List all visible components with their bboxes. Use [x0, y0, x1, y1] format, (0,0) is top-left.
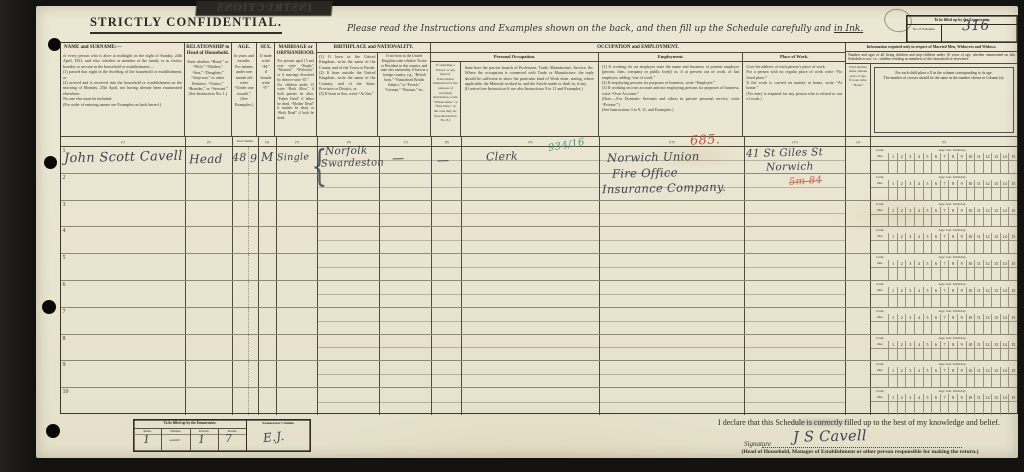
age-mark-cell [940, 267, 949, 280]
age-column-label: 6 [931, 180, 940, 187]
age-mark-cell [888, 321, 897, 334]
age-mark-cell [888, 240, 897, 253]
age-grid-mark-row [871, 321, 1017, 334]
cell-relationship [186, 254, 233, 280]
age-mark-cell [966, 187, 975, 200]
age-grid-number-row: One123456789101112131415 [871, 367, 1017, 374]
cell-marriage [277, 335, 319, 361]
cell-age-grid: CodeAge last birthday.One123456789101112… [871, 227, 1017, 253]
cell-occupation [462, 254, 600, 280]
column-body-sex: If male write “M.” if female write “F.” [257, 52, 274, 92]
age-column-label: 12 [983, 233, 992, 240]
age-column-label: 5 [923, 233, 932, 240]
age-mark-cell [905, 374, 914, 387]
age-column-label: 6 [931, 367, 940, 374]
column-body-name: of every person who is alive at midnight… [61, 52, 184, 108]
column-body-birthplace: (1) If born in the United Kingdom, write… [317, 53, 377, 98]
age-mark-cell [905, 240, 914, 253]
age-column-label: 12 [983, 367, 992, 374]
age-mark-cell [966, 401, 975, 415]
age-mark-cell [897, 321, 906, 334]
age-column-label: 4 [914, 341, 923, 348]
age-mark-cell [948, 214, 957, 227]
cell-occupation [462, 335, 600, 361]
age-column-label: 13 [991, 341, 1000, 348]
age-column-label: 3 [905, 233, 914, 240]
cell-total-children [846, 388, 871, 415]
age-column-label: 13 [991, 207, 1000, 214]
entry-employer-code: 685. [690, 132, 721, 149]
cell-occupation [462, 361, 600, 387]
entry-occupation: Clerk [486, 150, 518, 164]
cell-occupation [462, 201, 600, 227]
age-column-label: 7 [940, 260, 949, 267]
age-column-label: 10 [966, 233, 975, 240]
age-column-label: 15 [1008, 367, 1017, 374]
age-column-label: 15 [1008, 394, 1017, 401]
age-column-label: 5 [923, 367, 932, 374]
column-body-place-of-work: Give the address of each person’s place … [743, 62, 845, 104]
cell-nationality [380, 201, 432, 227]
cell-birthplace [318, 308, 380, 334]
age-mark-cell [940, 240, 949, 253]
cell-age-grid: CodeAge last birthday.One123456789101112… [871, 254, 1017, 280]
table-row: 9CodeAge last birthday.One12345678910111… [61, 361, 1017, 388]
group-title-occupation: OCCUPATION and EMPLOYMENT. [431, 43, 845, 53]
age-column-label: 2 [897, 341, 906, 348]
age-column-label: 10 [966, 180, 975, 187]
column-number-row: (1) (2) Years. Months. (4) (5) (6) (7) (… [61, 137, 1017, 147]
age-column-label: 9 [957, 394, 966, 401]
age-grid-number-row: One123456789101112131415 [871, 233, 1017, 240]
cell-school [432, 174, 462, 200]
column-title-age: AGE. [232, 43, 257, 52]
age-mark-cell [957, 267, 966, 280]
age-column-label: 12 [983, 287, 992, 294]
cell-name: 7 [61, 308, 186, 334]
age-grid-mark-row [871, 214, 1017, 227]
cell-employment [600, 361, 745, 387]
age-column-label: 7 [940, 287, 949, 294]
cell-nationality [380, 227, 432, 253]
cell-nationality [380, 174, 432, 200]
cell-marriage [277, 361, 319, 387]
age-column-label: 4 [914, 260, 923, 267]
age-mark-cell [897, 348, 906, 361]
age-mark-cell [966, 321, 975, 334]
schedule-number-handwritten: 316 [962, 18, 990, 35]
age-column-label: One [871, 233, 888, 240]
ink-showthrough-mark: INSTRUCTIONS [195, 1, 332, 16]
age-mark-cell [983, 214, 992, 227]
age-mark-cell [888, 214, 897, 227]
cell-total-children [846, 281, 871, 307]
cell-nationality [380, 335, 432, 361]
age-mark-cell [983, 160, 992, 173]
entry-workplace-line1: 41 St Giles St [746, 146, 823, 160]
column-header-birthplace: (1) If born in the United Kingdom, write… [317, 53, 378, 136]
age-column-label: One [871, 394, 888, 401]
cell-sex [259, 227, 277, 253]
cell-relationship [186, 388, 233, 415]
age-grid-mark-row [871, 160, 1017, 173]
age-mark-cell [940, 348, 949, 361]
age-mark-cell [914, 321, 923, 334]
age-column-label: 14 [1000, 287, 1009, 294]
cell-place-of-work [745, 335, 847, 361]
age-column-label: 3 [905, 341, 914, 348]
age-mark-cell [957, 214, 966, 227]
age-column-label: 15 [1008, 153, 1017, 160]
cell-age-grid: CodeAge last birthday.One123456789101112… [871, 201, 1017, 227]
age-column-label: 7 [940, 314, 949, 321]
column-group-children: Information required only in respect of … [846, 43, 1017, 136]
cell-relationship [186, 335, 233, 361]
age-mark-cell [940, 214, 949, 227]
age-column-label: 11 [974, 260, 983, 267]
cell-place-of-work [745, 361, 847, 387]
age-mark-cell [914, 294, 923, 307]
age-column-label: 1 [888, 233, 897, 240]
age-mark-cell [923, 187, 932, 200]
age-mark-cell [974, 321, 983, 334]
age-column-label: 15 [1008, 180, 1017, 187]
entry-age-years: 48 [232, 151, 247, 164]
age-grid-number-row: One123456789101112131415 [871, 180, 1017, 187]
column-header-sex: SEX. If male write “M.” if female write … [257, 43, 275, 136]
cell-name: 2 [61, 174, 186, 200]
age-column-label: 13 [991, 260, 1000, 267]
column-number: (4) [259, 137, 277, 146]
age-mark-cell [905, 294, 914, 307]
age-mark-cell [1008, 401, 1017, 415]
age-column-label: 9 [957, 153, 966, 160]
age-mark-cell [948, 348, 957, 361]
age-mark-cell [957, 187, 966, 200]
age-grid: CodeAge last birthday.One123456789101112… [871, 361, 1017, 387]
age-mark-cell [1008, 240, 1017, 253]
column-header-place-of-work: Place of Work. Give the address of each … [743, 53, 845, 136]
age-column-label: 4 [914, 314, 923, 321]
age-grid-number-row: One123456789101112131415 [871, 394, 1017, 401]
age-mark-cell [914, 214, 923, 227]
age-column-label: 1 [888, 260, 897, 267]
cell-school [432, 388, 462, 415]
age-mark-cell [914, 160, 923, 173]
entry-workplace-line2: Norwich [766, 161, 814, 174]
age-mark-cell [871, 160, 888, 173]
age-mark-cell [905, 267, 914, 280]
age-mark-cell [948, 321, 957, 334]
cell-name: 9 [61, 361, 186, 387]
age-mark-cell [931, 401, 940, 415]
age-mark-cell [871, 214, 888, 227]
age-mark-cell [966, 374, 975, 387]
cell-age [233, 335, 259, 361]
age-column-label: 10 [966, 287, 975, 294]
age-grid: CodeAge last birthday.One123456789101112… [871, 254, 1017, 280]
cell-place-of-work [745, 227, 847, 253]
entry-employer-line2: Fire Office [612, 165, 678, 180]
age-mark-cell [905, 187, 914, 200]
age-column-label: 1 [888, 153, 897, 160]
age-mark-cell [923, 160, 932, 173]
age-mark-cell [923, 240, 932, 253]
age-column-label: 6 [931, 233, 940, 240]
age-column-label: 13 [991, 153, 1000, 160]
age-column-label: 6 [931, 260, 940, 267]
age-column-label: 5 [923, 260, 932, 267]
age-column-label: 3 [905, 180, 914, 187]
entry-workplace-code: 5m 84 [789, 175, 823, 188]
age-mark-cell [991, 160, 1000, 173]
instruction-note-text: Please read the Instructions and Example… [347, 24, 834, 34]
age-mark-cell [991, 321, 1000, 334]
age-column-label: 9 [957, 207, 966, 214]
age-column-label: 5 [923, 180, 932, 187]
age-mark-cell [1000, 240, 1009, 253]
cell-sex [259, 335, 277, 361]
age-mark-cell [948, 160, 957, 173]
age-column-label: 15 [1008, 314, 1017, 321]
age-mark-cell [931, 294, 940, 307]
age-mark-cell [940, 294, 949, 307]
age-grid: CodeAge last birthday.One123456789101112… [871, 227, 1017, 253]
age-column-label: 8 [948, 341, 957, 348]
age-mark-cell [905, 401, 914, 415]
age-mark-cell [966, 348, 975, 361]
age-grid-mark-row [871, 374, 1017, 387]
age-column-label: One [871, 180, 888, 187]
age-mark-cell [1000, 294, 1009, 307]
cell-relationship [186, 361, 233, 387]
cell-occupation [462, 308, 600, 334]
age-column-label: 2 [897, 153, 906, 160]
age-column-label: 1 [888, 341, 897, 348]
age-grid-number-row: One123456789101112131415 [871, 207, 1017, 214]
age-column-label: 6 [931, 287, 940, 294]
age-mark-cell [905, 348, 914, 361]
age-column-label: 8 [948, 367, 957, 374]
age-mark-cell [931, 240, 940, 253]
age-mark-cell [957, 374, 966, 387]
age-column-label: 8 [948, 233, 957, 240]
personal-occupation-subcolumns: If attending a School or any kind of Edu… [431, 62, 598, 136]
age-column-label: 10 [966, 153, 975, 160]
age-mark-cell [914, 187, 923, 200]
cell-age [233, 281, 259, 307]
entry-signature: J S Cavell [793, 428, 867, 446]
age-mark-cell [948, 187, 957, 200]
age-grid-number-row: One123456789101112131415 [871, 287, 1017, 294]
age-column-label: 11 [974, 314, 983, 321]
entry-name: John Scott Cavell [64, 149, 183, 166]
age-column-label: 6 [931, 153, 940, 160]
age-column-label: 11 [974, 367, 983, 374]
confidential-heading: STRICTLY CONFIDENTIAL. [90, 15, 282, 34]
age-mark-cell [931, 348, 940, 361]
age-mark-cell [966, 267, 975, 280]
age-column-label: 4 [914, 287, 923, 294]
column-number: (7) [380, 137, 432, 146]
cell-place-of-work [745, 281, 847, 307]
age-grid-mark-row [871, 401, 1017, 415]
age-mark-cell [966, 160, 975, 173]
age-column-label: 10 [966, 207, 975, 214]
entry-birthplace-parish: Swardeston [321, 157, 384, 169]
age-column-label: 9 [957, 233, 966, 240]
age-column-label: 10 [966, 314, 975, 321]
age-column-label: 7 [940, 394, 949, 401]
column-header-nationality: If not born in the United Kingdom state … [378, 53, 430, 136]
age-column-label: 8 [948, 394, 957, 401]
row-number: 7 [63, 309, 66, 315]
age-column-label: 2 [897, 394, 906, 401]
punch-hole [46, 424, 60, 438]
cell-nationality [380, 308, 432, 334]
age-column-label: 2 [897, 287, 906, 294]
column-number: (b) [871, 137, 1017, 146]
age-mark-cell [940, 160, 949, 173]
age-mark-cell [991, 187, 1000, 200]
enumerator-col-rooms: Rooms. [219, 429, 246, 452]
age-mark-cell [897, 160, 906, 173]
entry-females: — [169, 433, 181, 446]
age-mark-cell [871, 240, 888, 253]
column-number: (8) [432, 137, 462, 146]
age-mark-cell [1008, 187, 1017, 200]
age-mark-cell [923, 348, 932, 361]
age-column-label: 13 [991, 394, 1000, 401]
cell-place-of-work [745, 201, 847, 227]
cell-employment [600, 308, 745, 334]
age-column-label: 9 [957, 367, 966, 374]
age-mark-cell [957, 294, 966, 307]
cell-age [233, 227, 259, 253]
age-column-label: 9 [957, 287, 966, 294]
age-mark-cell [974, 374, 983, 387]
age-column-label: 5 [923, 341, 932, 348]
signature-line [762, 447, 962, 448]
cell-sex [259, 388, 277, 415]
cell-total-children [846, 147, 871, 173]
age-column-label: 4 [914, 367, 923, 374]
age-mark-cell [931, 214, 940, 227]
age-column-label: 14 [1000, 394, 1009, 401]
cell-age-grid: CodeAge last birthday.One123456789101112… [871, 281, 1017, 307]
cell-marriage [277, 227, 319, 253]
cell-sex [259, 254, 277, 280]
age-column-label: 2 [897, 260, 906, 267]
cell-age-grid: CodeAge last birthday.One123456789101112… [871, 308, 1017, 334]
cell-place-of-work [745, 388, 847, 415]
entry-enumerator-initials: E.J. [262, 429, 285, 445]
row-number: 10 [63, 389, 69, 395]
cell-birthplace [318, 388, 380, 415]
cell-name: 3 [61, 201, 186, 227]
age-column-label: 7 [940, 367, 949, 374]
age-column-label: 8 [948, 153, 957, 160]
cell-relationship [186, 308, 233, 334]
age-column-label: One [871, 314, 888, 321]
table-row: 3CodeAge last birthday.One12345678910111… [61, 201, 1017, 228]
age-mark-cell [1000, 374, 1009, 387]
age-mark-cell [983, 267, 992, 280]
age-column-label: 3 [905, 367, 914, 374]
declaration-responsibility: (Head of Household, Manager of Establish… [710, 449, 1010, 455]
age-column-label: 10 [966, 367, 975, 374]
age-mark-cell [1008, 321, 1017, 334]
age-column-label: 11 [974, 287, 983, 294]
age-column-label: 1 [888, 394, 897, 401]
age-mark-cell [914, 401, 923, 415]
cell-total-children [846, 254, 871, 280]
group-title-birthplace: BIRTHPLACE and NATIONALITY. [317, 43, 430, 53]
age-mark-cell [888, 267, 897, 280]
row-number: 6 [63, 282, 66, 288]
age-column-label: 10 [966, 394, 975, 401]
age-mark-cell [991, 267, 1000, 280]
cell-age [233, 388, 259, 415]
cell-age-grid: CodeAge last birthday.One123456789101112… [871, 335, 1017, 361]
cell-sex [259, 308, 277, 334]
cell-marriage [277, 388, 319, 415]
age-mark-cell [991, 401, 1000, 415]
cell-birthplace [318, 227, 380, 253]
table-header: NAME and SURNAME:— of every person who i… [61, 43, 1017, 137]
cell-occupation [462, 227, 600, 253]
age-column-label: 4 [914, 394, 923, 401]
cell-marriage [277, 308, 319, 334]
cell-sex [259, 201, 277, 227]
age-grid-number-row: One123456789101112131415 [871, 153, 1017, 160]
age-column-label: 14 [1000, 367, 1009, 374]
age-column-label: 3 [905, 314, 914, 321]
cell-relationship [186, 174, 233, 200]
age-mark-cell [974, 348, 983, 361]
cell-sex [259, 281, 277, 307]
age-column-label: One [871, 367, 888, 374]
age-column-label: 14 [1000, 180, 1009, 187]
age-mark-cell [897, 187, 906, 200]
schedule-number-label: No. of Schedule. [907, 25, 942, 42]
age-column-label: 5 [923, 207, 932, 214]
cell-age-grid: CodeAge last birthday.One123456789101112… [871, 388, 1017, 415]
age-column-label: 13 [991, 367, 1000, 374]
age-mark-cell [914, 348, 923, 361]
cell-total-children [846, 201, 871, 227]
cell-school [432, 201, 462, 227]
age-mark-cell [966, 294, 975, 307]
age-column-label: 11 [974, 394, 983, 401]
age-column-label: 11 [974, 153, 983, 160]
enumerator-initials-label: Enumerator’s Initials. [247, 420, 310, 425]
children-subcolumns: Total number under sixteen years of age.… [846, 64, 1017, 136]
age-mark-cell [931, 187, 940, 200]
age-mark-cell [897, 214, 906, 227]
instruction-note: Please read the Instructions and Example… [347, 24, 863, 34]
age-mark-cell [923, 294, 932, 307]
cell-marriage [277, 201, 319, 227]
age-column-label: 11 [974, 341, 983, 348]
cell-occupation [462, 147, 600, 173]
age-mark-cell [991, 240, 1000, 253]
age-mark-cell [905, 160, 914, 173]
age-mark-cell [983, 348, 992, 361]
age-grid-mark-row [871, 348, 1017, 361]
age-mark-cell [957, 321, 966, 334]
cell-age-grid: CodeAge last birthday.One123456789101112… [871, 174, 1017, 200]
